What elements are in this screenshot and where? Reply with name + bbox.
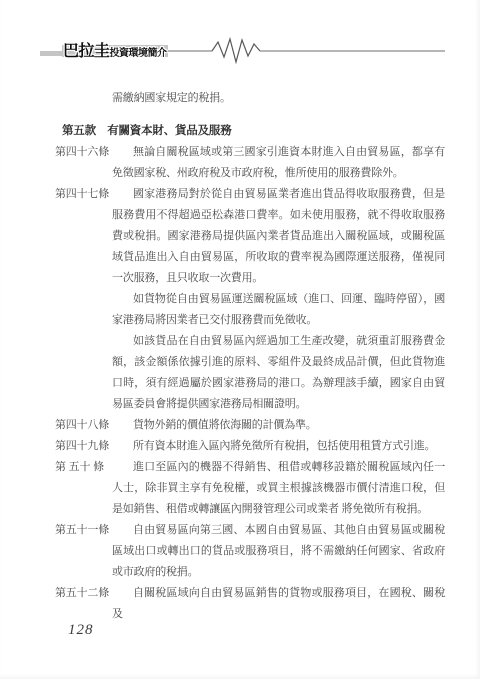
page-number: 128 <box>68 622 94 639</box>
article-label: 第四十七條 <box>55 184 112 205</box>
section-heading: 第五款 有關資本財、貨品及服務 <box>62 121 445 142</box>
article-label: 第四十九條 <box>55 436 112 457</box>
article-body: 進口至區內的機器不得銷售、租借或轉移設籍於關稅區域內任一人士，除非買主享有免稅權… <box>112 457 445 520</box>
article-paragraph: 貨物外銷的價值將依海關的計價為準。 <box>112 415 445 436</box>
article-paragraph: 自關稅區域向自由貿易區銷售的貨物或服務項目，在國稅、關稅及 <box>112 583 445 625</box>
book-title-main: 巴拉圭 <box>63 43 110 60</box>
article-row: 第四十七條 國家港務局對於從自由貿易區業者進出貨品得收取服務費，但是服務費用不得… <box>55 184 445 415</box>
book-title-sub: 投資環境簡介 <box>110 48 167 59</box>
article-row: 第 五十 條 進口至區內的機器不得銷售、租借或轉移設籍於關稅區域內任一人士，除非… <box>55 457 445 520</box>
article-label: 第四十六條 <box>55 142 112 163</box>
article-row: 第五十二條 自關稅區域向自由貿易區銷售的貨物或服務項目，在國稅、關稅及 <box>55 583 445 625</box>
article-paragraph: 自由貿易區向第三國、本國自由貿易區、其他自由貿易區或關稅區域出口或轉出口的貨品或… <box>112 520 445 583</box>
carryover-line: 需繳納國家規定的稅捐。 <box>112 88 445 109</box>
article-label: 第 五十 條 <box>55 457 112 478</box>
article-paragraph: 如該貨品在自由貿易區內經過加工生產改變，就須重訂服務費金額，該金額係依據引進的原… <box>112 331 445 415</box>
heartbeat-rule-icon <box>168 36 445 64</box>
book-title: 巴拉圭投資環境簡介 <box>63 38 167 61</box>
article-label: 第四十八條 <box>55 415 112 436</box>
article-body: 無論自關稅區域或第三國家引進資本財進入自由貿易區，都享有免徵國家稅、州政府稅及市… <box>112 142 445 184</box>
document-page: 巴拉圭投資環境簡介 需繳納國家規定的稅捐。 第五款 有關資本財、貨品及服務 第四… <box>0 0 480 679</box>
article-paragraph: 所有資本財進入區內將免徵所有稅捐，包括使用租賃方式引進。 <box>112 436 445 457</box>
article-body: 自關稅區域向自由貿易區銷售的貨物或服務項目，在國稅、關稅及 <box>112 583 445 625</box>
article-label: 第五十一條 <box>55 520 112 541</box>
article-body: 所有資本財進入區內將免徵所有稅捐，包括使用租賃方式引進。 <box>112 436 445 457</box>
article-paragraph: 如貨物從自由貿易區運送關稅區域（進口、回運、臨時停留），國家港務局將因業者已交付… <box>112 289 445 331</box>
title-highlight-bar-tail <box>40 51 64 56</box>
article-body: 自由貿易區向第三國、本國自由貿易區、其他自由貿易區或關稅區域出口或轉出口的貨品或… <box>112 520 445 583</box>
page-header: 巴拉圭投資環境簡介 <box>40 36 445 64</box>
article-row: 第五十一條 自由貿易區向第三國、本國自由貿易區、其他自由貿易區或關稅區域出口或轉… <box>55 520 445 583</box>
article-row: 第四十八條 貨物外銷的價值將依海關的計價為準。 <box>55 415 445 436</box>
article-row: 第四十九條 所有資本財進入區內將免徵所有稅捐，包括使用租賃方式引進。 <box>55 436 445 457</box>
article-list: 第四十六條 無論自關稅區域或第三國家引進資本財進入自由貿易區，都享有免徵國家稅、… <box>55 142 445 625</box>
article-body: 國家港務局對於從自由貿易區業者進出貨品得收取服務費，但是服務費用不得超過亞松森港… <box>112 184 445 415</box>
article-body: 貨物外銷的價值將依海關的計價為準。 <box>112 415 445 436</box>
article-paragraph: 無論自關稅區域或第三國家引進資本財進入自由貿易區，都享有免徵國家稅、州政府稅及市… <box>112 142 445 184</box>
document-body: 需繳納國家規定的稅捐。 第五款 有關資本財、貨品及服務 第四十六條 無論自關稅區… <box>55 88 445 625</box>
article-row: 第四十六條 無論自關稅區域或第三國家引進資本財進入自由貿易區，都享有免徵國家稅、… <box>55 142 445 184</box>
article-paragraph: 進口至區內的機器不得銷售、租借或轉移設籍於關稅區域內任一人士，除非買主享有免稅權… <box>112 457 445 520</box>
article-label: 第五十二條 <box>55 583 112 604</box>
article-paragraph: 國家港務局對於從自由貿易區業者進出貨品得收取服務費，但是服務費用不得超過亞松森港… <box>112 184 445 289</box>
